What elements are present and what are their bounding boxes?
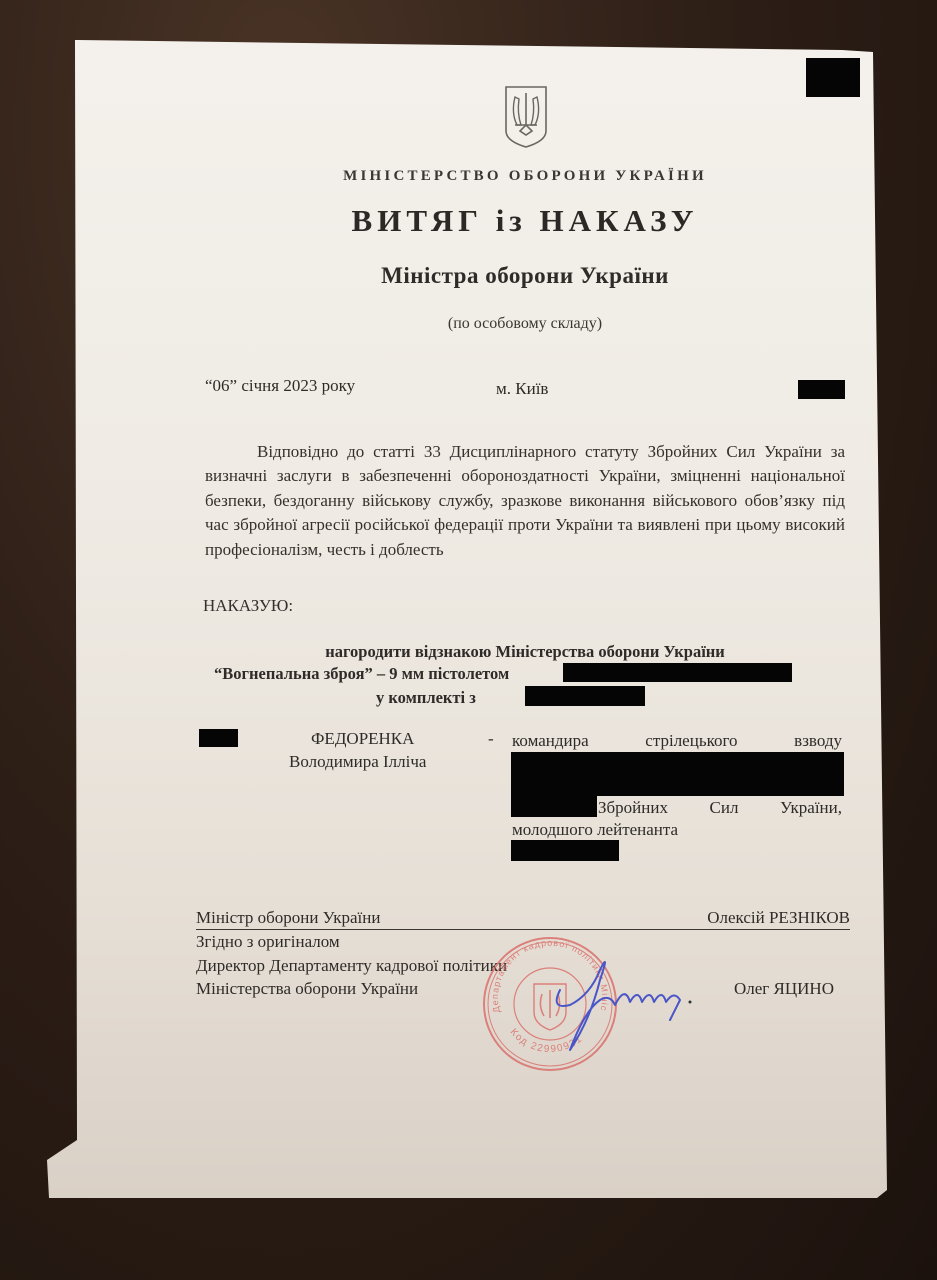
coat-of-arms-icon [503, 85, 549, 149]
handwritten-signature-icon [530, 950, 700, 1060]
redaction-unit-block-1 [511, 752, 844, 796]
position-word: командира [512, 731, 589, 751]
award-line-1: нагородити відзнакою Міністерства оборон… [0, 642, 937, 662]
certified-text: Згідно з оригіналом [196, 932, 340, 952]
order-date: “06” січня 2023 року [205, 376, 355, 396]
redaction-top-right [806, 58, 860, 97]
redaction-order-number [798, 380, 845, 399]
redaction-unit-block-2 [511, 795, 597, 817]
redaction-personal-id [511, 840, 619, 861]
redaction-kit-contents [525, 686, 645, 706]
minister-title: Міністр оборони України [196, 908, 380, 928]
preamble-paragraph: Відповідно до статті 33 Дисциплінарного … [205, 440, 845, 562]
document-title: ВИТЯГ із НАКАЗУ [0, 203, 937, 239]
redaction-rank-prefix [199, 729, 238, 747]
redaction-pistol-model [563, 663, 792, 682]
recipient-rank: молодшого лейтенанта [512, 820, 678, 840]
position-word: стрілецького [645, 731, 737, 751]
director-title-1: Директор Департаменту кадрової політики [196, 956, 507, 976]
recipient-dash: - [488, 729, 494, 749]
recipient-position-line-2: Збройних Сил України, [598, 798, 842, 818]
director-name: Олег ЯЦИНО [734, 979, 834, 999]
position-word: Збройних [598, 798, 668, 818]
position-word: Сил [710, 798, 739, 818]
order-city: м. Київ [496, 379, 548, 399]
minister-name: Олексій РЕЗНІКОВ [707, 908, 850, 928]
recipient-surname: ФЕДОРЕНКА [311, 729, 414, 749]
recipient-name: Володимира Ілліча [289, 752, 426, 772]
document-subtitle: Міністра оборони України [0, 263, 937, 289]
ministry-header: МІНІСТЕРСТВО ОБОРОНИ УКРАЇНИ [0, 168, 937, 185]
award-line-3: у комплекті з [376, 688, 476, 708]
recipient-position-line-1: командира стрілецького взводу [512, 731, 842, 751]
minister-signature-line: Міністр оборони України Олексій РЕЗНІКОВ [196, 908, 850, 930]
order-word: НАКАЗУЮ: [203, 596, 293, 616]
position-word: взводу [794, 731, 842, 751]
director-title-2: Міністерства оборони України [196, 979, 418, 999]
position-word: України, [780, 798, 842, 818]
document-note: (по особовому складу) [0, 315, 937, 333]
award-line-2: “Вогнепальна зброя” – 9 мм пістолетом [214, 664, 509, 684]
